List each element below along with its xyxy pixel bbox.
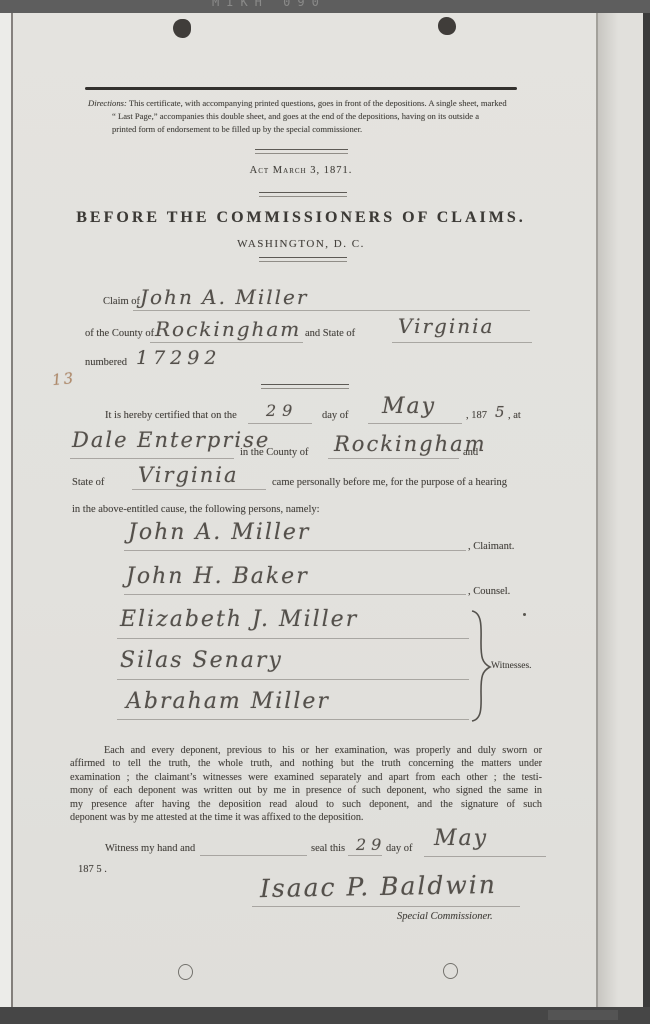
- state-handwritten: Virginia: [398, 314, 494, 338]
- film-frame-label: MIKH 090: [212, 0, 326, 9]
- cert-day-underline: [248, 423, 312, 424]
- cert-year-digit-handwritten: 5: [495, 403, 507, 421]
- cert-and-label: and: [463, 447, 478, 458]
- page-left-margin: [0, 13, 11, 1007]
- witness-1-underline: [117, 638, 469, 639]
- cert-state-handwritten: Virginia: [138, 463, 238, 487]
- state-of-label: State of: [72, 477, 104, 488]
- punch-guide-bottom-left: [178, 964, 193, 980]
- cert-place-underline: [70, 458, 234, 459]
- divider-rule-1: [255, 149, 348, 154]
- directions-line-3: printed form of endorsement to be filled…: [112, 124, 532, 134]
- act-line: Act March 3, 1871.: [85, 165, 517, 176]
- form-title: BEFORE THE COMMISSIONERS OF CLAIMS.: [60, 209, 542, 227]
- cert-month-underline: [368, 423, 462, 424]
- commissioner-title: Special Commissioner.: [397, 911, 493, 922]
- numbered-label: numbered: [85, 357, 127, 368]
- punch-hole-top-right: [438, 17, 456, 35]
- attest-day-handwritten: 29: [356, 835, 386, 854]
- directions-line-2: “ Last Page,” accompanies this double sh…: [112, 111, 532, 121]
- claimant-role-label: , Claimant.: [468, 541, 514, 552]
- form-subtitle: WASHINGTON, D. C.: [60, 238, 542, 250]
- top-heavy-rule: [85, 87, 517, 90]
- oath-line-2: affirmed to tell the truth, the whole tr…: [70, 757, 542, 770]
- divider-rule-4: [261, 384, 349, 389]
- cert-state-underline: [132, 489, 266, 490]
- directions-label: Directions:: [88, 98, 127, 108]
- namely-text: in the above-entitled cause, the followi…: [72, 504, 320, 515]
- page-fold-line-left: [11, 13, 13, 1007]
- cert-day-of-label: day of: [322, 410, 349, 421]
- witness-hand-text: Witness my hand and: [105, 843, 195, 854]
- attest-day-underline: [348, 855, 382, 856]
- punch-hole-top-left: [173, 19, 191, 38]
- oath-line-3: examination ; the claimant’s witnesses w…: [70, 771, 542, 784]
- film-strip-top: MIKH 090: [0, 0, 650, 13]
- directions-line-1: Directions: This certificate, with accom…: [88, 98, 532, 108]
- blank-field-underline: [200, 855, 307, 856]
- in-county-label: in the County of: [240, 447, 309, 458]
- county-of-label: of the County of: [85, 328, 154, 339]
- oath-paragraph: Each and every deponent, previous to his…: [70, 744, 542, 824]
- and-state-of-label: and State of: [305, 328, 355, 339]
- divider-rule-2: [259, 192, 347, 197]
- witness-2-underline: [117, 679, 469, 680]
- claimant-name-underline: [133, 310, 530, 311]
- directions-line-1-text: This certificate, with accompanying prin…: [127, 98, 507, 108]
- cert-at-label: , at: [508, 410, 521, 421]
- claim-of-label: Claim of: [103, 296, 140, 307]
- attest-month-underline: [424, 856, 546, 857]
- county-handwritten: Rockingham: [155, 317, 301, 341]
- cert-month-handwritten: May: [382, 394, 436, 419]
- scanned-document-page: MIKH 090 13 Directions: This certificate…: [0, 0, 650, 1024]
- film-strip-bottom: [0, 1007, 650, 1024]
- claimant-line-underline: [124, 550, 466, 551]
- commissioner-signature: Isaac P. Baldwin: [260, 870, 497, 903]
- witnesses-label: Witnesses.: [491, 661, 532, 671]
- attest-month-handwritten: May: [434, 826, 488, 851]
- oath-line-5: my presence after having the deposition …: [70, 798, 542, 811]
- oath-line-1: Each and every deponent, previous to his…: [70, 744, 542, 757]
- cert-county-underline: [328, 458, 459, 459]
- punch-guide-bottom-right: [443, 963, 458, 979]
- ink-speck: [523, 613, 526, 616]
- film-strip-smudge: [548, 1010, 618, 1020]
- witness-3-name: Abraham Miller: [126, 689, 330, 714]
- witness-1-name: Elizabeth J. Miller: [120, 607, 358, 632]
- county-underline: [150, 342, 303, 343]
- counsel-role-label: , Counsel.: [468, 586, 510, 597]
- cert-day-handwritten: 29: [266, 401, 298, 420]
- oath-line-4: mony of each deponent was written out by…: [70, 784, 542, 797]
- certified-pre-text: It is hereby certified that on the: [105, 410, 237, 421]
- seal-this-label: seal this: [311, 843, 345, 854]
- divider-rule-3: [259, 257, 347, 262]
- film-edge-right: [643, 13, 650, 1007]
- attest-year: 187 5 .: [78, 864, 107, 875]
- claimant-name-handwritten: John A. Miller: [140, 285, 308, 309]
- witness-3-underline: [117, 719, 469, 720]
- attest-day-of-label: day of: [386, 843, 413, 854]
- signature-underline: [252, 906, 520, 907]
- witness-2-name: Silas Senary: [120, 648, 283, 673]
- came-personally-text: came personally before me, for the purpo…: [272, 477, 507, 488]
- claim-number-handwritten: 17292: [136, 347, 221, 369]
- pencil-mark: 13: [51, 369, 76, 389]
- cert-year-pre: , 187: [466, 410, 487, 421]
- state-underline: [392, 342, 532, 343]
- counsel-signature-line: John H. Baker: [126, 564, 309, 589]
- adjacent-page-edge: [598, 13, 643, 1007]
- counsel-line-underline: [124, 594, 466, 595]
- claimant-signature-line: John A. Miller: [128, 520, 310, 545]
- oath-line-6: deponent was by me attested at the time …: [70, 811, 542, 824]
